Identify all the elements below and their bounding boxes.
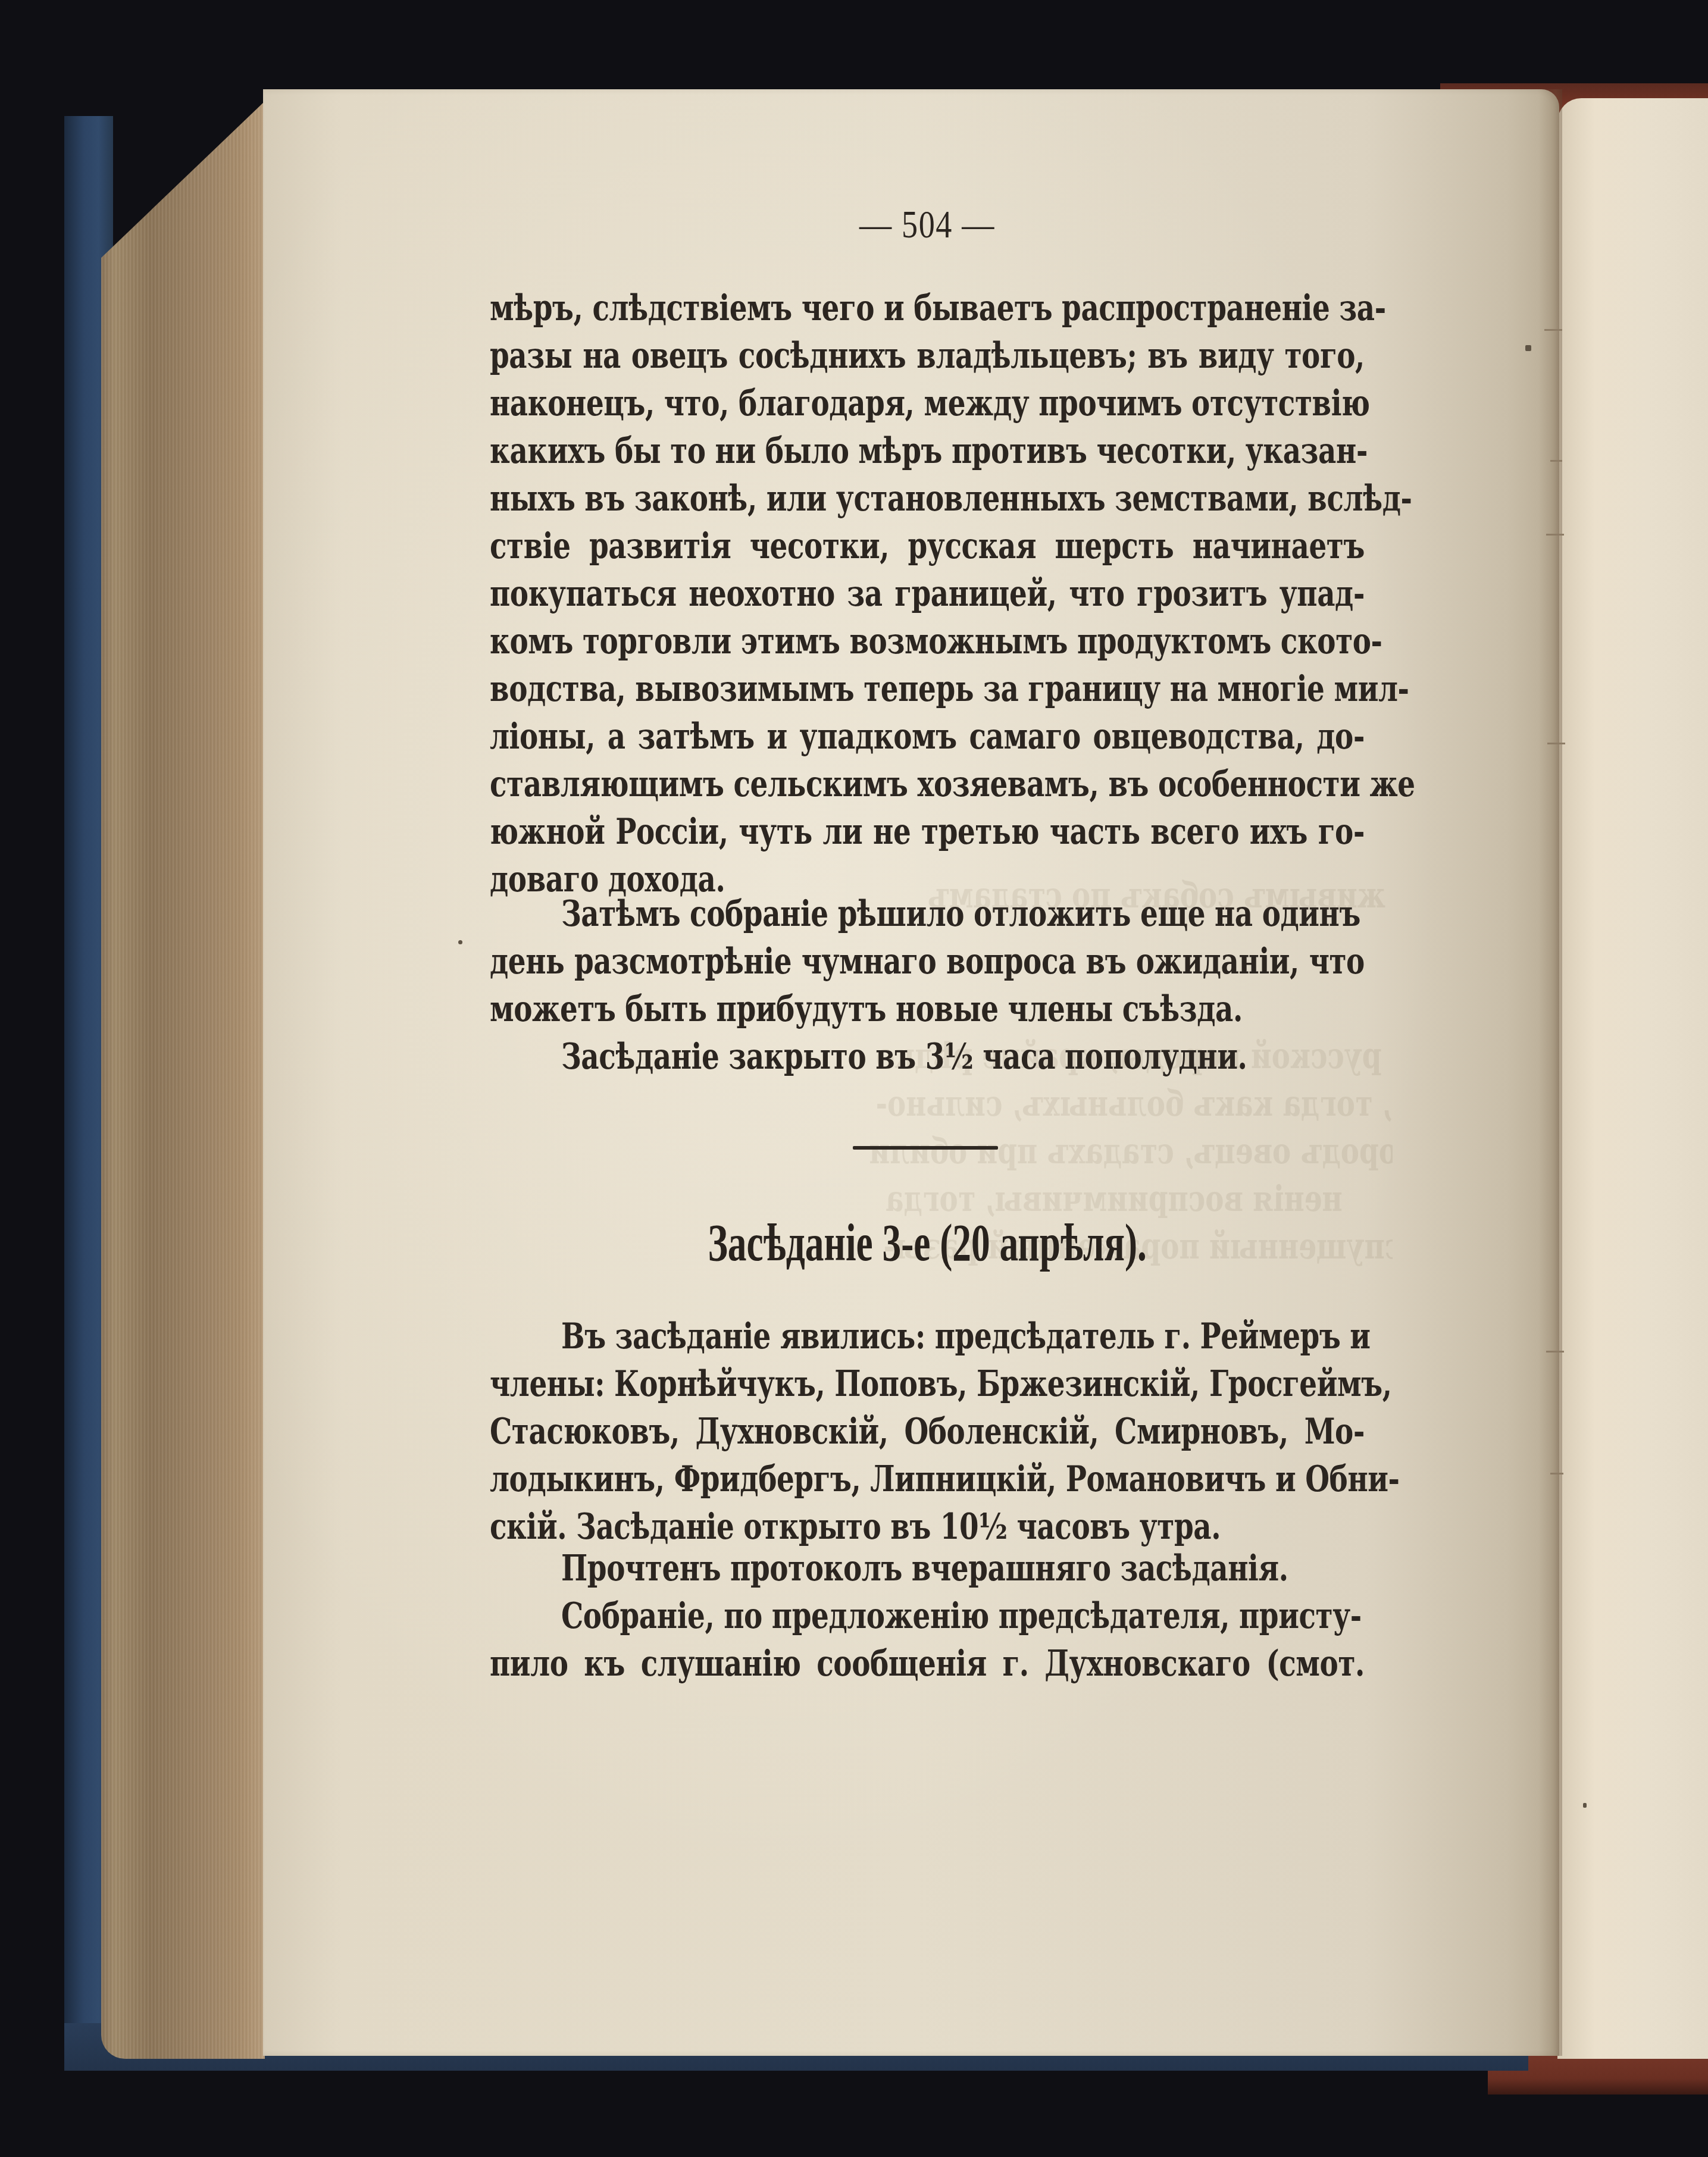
paragraph-assembly-proceeded: Собраніе, по предложенію предсѣдателя, п… [490,1592,1365,1688]
page-number: — 504 — [568,202,1285,248]
text-line: какихъ бы то ни было мѣръ противъ чесотк… [490,427,1365,475]
paragraph-session-closed: Засѣданіе закрыто въ 3½ часа пополудни. [490,1033,1365,1081]
ink-speck [458,940,462,944]
text-line: пило къ слушанію сообщенія г. Духновскаг… [490,1640,1365,1688]
text-line: наконецъ, что, благодаря, между прочимъ … [490,380,1365,427]
page-stack-fore-edge [101,101,265,2059]
gutter-mark [1544,329,1562,331]
text-line: можетъ быть прибудутъ новые члены съѣзда… [490,985,1365,1033]
text-line: Засѣданіе закрыто въ 3½ часа пополудни. [561,1033,1365,1081]
text-line: ныхъ въ законѣ, или установленныхъ земст… [490,475,1365,522]
section-divider-rule [853,1146,998,1150]
ink-speck [1583,1803,1587,1808]
gutter-mark [1550,1473,1563,1474]
gutter-mark [1546,534,1564,536]
text-line: южной Россіи, чуть ли не третью часть вс… [490,808,1365,856]
paragraph-continuation: мѣръ, слѣдствіемъ чего и бываетъ распрос… [490,284,1365,903]
gutter-mark [1546,1351,1564,1353]
ink-speck [1525,345,1531,351]
text-line: Въ засѣданіе явились: предсѣдатель г. Ре… [561,1313,1316,1360]
text-line: лодыкинъ, Фридбергъ, Липницкій, Романови… [490,1455,1365,1503]
show-through-line: ныхъ въ разныхъ породъ овецъ, стадахъ пр… [869,1131,1393,1172]
session-heading: Засѣданіе 3-е (20 апрѣля). [490,1214,1365,1273]
text-line: комъ торговли этимъ возможнымъ продуктом… [490,618,1365,665]
paragraph-protocol-read: Прочтенъ протоколъ вчерашняго засѣданія. [490,1545,1365,1592]
text-line: разы на овецъ сосѣднихъ владѣльцевъ; въ … [490,332,1365,380]
text-line: день разсмотрѣніе чумнаго вопроса въ ожи… [490,938,1365,985]
facing-page [1557,98,1708,2059]
paragraph-postponement: Затѣмъ собраніе рѣшило отложить еще на о… [490,890,1365,1033]
paragraph-attendees: Въ засѣданіе явились: предсѣдатель г. Ре… [490,1313,1365,1551]
text-line: Прочтенъ протоколъ вчерашняго засѣданія. [561,1545,1365,1592]
text-line: Стасюковъ, Духновскій, Оболенскій, Смирн… [490,1408,1365,1455]
heading-text: Засѣданіе 3-е (20 апрѣля). [708,1214,1146,1273]
show-through-line: заболѣваютъ чесоткой, тогда какъ больных… [876,1083,1393,1125]
text-line: Затѣмъ собраніе рѣшило отложить еще на о… [561,890,1316,938]
text-line: покупаться неохотно за границей, что гро… [490,570,1365,618]
text-line: ліоны, а затѣмъ и упадкомъ самаго овцево… [490,713,1365,760]
text-line: ствіе развитія чесотки, русская шерсть н… [490,522,1365,570]
gutter-mark [1547,743,1565,744]
text-line: скій. Засѣданіе открыто въ 10½ часовъ ут… [490,1503,1365,1551]
gutter-shadow [1538,89,1562,2056]
gutter-mark [1550,460,1562,462]
text-line: водства, вывозимымъ теперь за границу на… [490,665,1365,713]
text-line: мѣръ, слѣдствіемъ чего и бываетъ распрос… [490,284,1365,332]
text-line: Собраніе, по предложенію предсѣдателя, п… [561,1592,1316,1640]
text-line: ставляющимъ сельскимъ хозяевамъ, въ особ… [490,760,1365,808]
text-line: члены: Корнѣйчукъ, Поповъ, Бржезинскій, … [490,1360,1365,1408]
